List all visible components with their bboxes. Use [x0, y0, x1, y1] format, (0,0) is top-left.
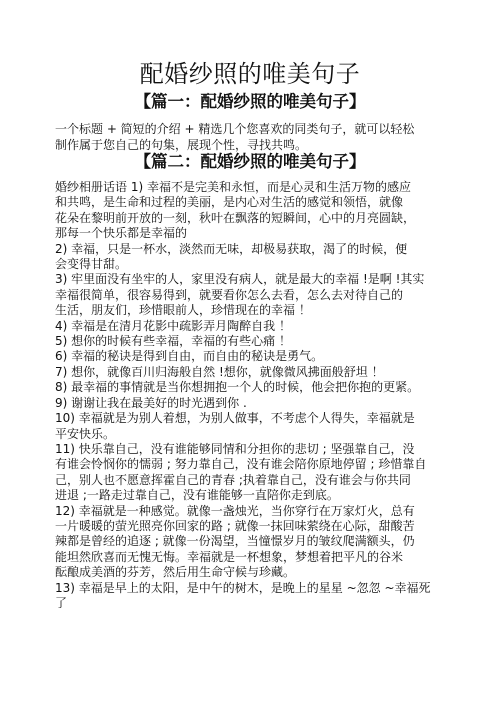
body-line: 11) 快乐靠自己，没有谁能够同情和分担你的悲切 ; 坚强靠自己，没: [55, 442, 455, 457]
intro-line: 一个标题 + 简短的介绍 + 精选几个您喜欢的同类句子，就可以轻松: [55, 121, 455, 137]
body-line: 一片暖暖的萤光照亮你回家的路 ; 就像一抹回味萦绕在心际，甜酸苦: [55, 519, 455, 534]
body-line: 4) 幸福是在清月花影中疏影弄月陶醉自我 ！: [55, 319, 455, 334]
body-line: 7) 想你，就像百川归海般自然 !想你，就像微风拂面般舒坦 ！: [55, 365, 455, 380]
body-line: 6) 幸福的秘诀是得到自由，而自由的秘诀是勇气。: [55, 349, 455, 364]
body-line: 10) 幸福就是为别人着想，为别人做事，不考虑个人得失，幸福就是: [55, 411, 455, 426]
section-heading-1: 【篇一：配婚纱照的唯美句子】: [0, 91, 500, 113]
body-line: 能坦然欣喜而无愧无悔。幸福就是一杯想象，梦想着把平凡的谷米: [55, 550, 455, 565]
body-line: 13) 幸福是早上的太阳，是中午的树木，是晚上的星星 ~忽忽 ~幸福死: [55, 581, 455, 596]
page-title: 配婚纱照的唯美句子: [0, 59, 500, 89]
body-line: 有谁会怜悯你的懦弱 ; 努力靠自己，没有谁会陪你原地停留 ; 珍惜靠自: [55, 457, 455, 472]
body-line: 12) 幸福就是一种感觉。就像一盏烛光，当你穿行在万家灯火，总有: [55, 504, 455, 519]
body-line: 了: [55, 596, 455, 611]
body-line: 生活，朋友们，珍惜眼前人，珍惜现在的幸福 ！: [55, 303, 455, 318]
body-line: 3) 牢里面没有坐牢的人，家里没有病人，就是最大的幸福 !是啊 !其实: [55, 272, 455, 287]
body-line: 8) 最幸福的事情就是当你想拥抱一个人的时候，他会把你抱的更紧。: [55, 380, 455, 395]
body-line: 那每一个快乐都是幸福的: [55, 226, 455, 241]
section-heading-2: 【篇二：配婚纱照的唯美句子】: [0, 151, 500, 173]
body-line: 花朵在黎明前开放的一刻，秋叶在飘落的短瞬间，心中的月亮圆缺，: [55, 211, 455, 226]
document-page: 配婚纱照的唯美句子 【篇一：配婚纱照的唯美句子】 一个标题 + 简短的介绍 + …: [0, 0, 500, 708]
body-line: 进退 ;一路走过靠自己，没有谁能够一直陪你走到底。: [55, 488, 455, 503]
body-text: 婚纱相册话语 1) 幸福不是完美和永恒，而是心灵和生活万物的感应 和共鸣，是生命…: [55, 180, 455, 611]
body-line: 酝酿成美酒的芬芳，然后用生命守候与珍藏。: [55, 565, 455, 580]
body-line: 婚纱相册话语 1) 幸福不是完美和永恒，而是心灵和生活万物的感应: [55, 180, 455, 195]
body-line: 5) 想你的时候有些幸福，幸福的有些心痛 ！: [55, 334, 455, 349]
body-line: 会变得甘甜。: [55, 257, 455, 272]
body-line: 辣都是曾经的追逐 ; 就像一份渴望，当憧憬岁月的皱纹爬满额头，仍: [55, 534, 455, 549]
intro-paragraph: 一个标题 + 简短的介绍 + 精选几个您喜欢的同类句子，就可以轻松 制作属于您自…: [55, 121, 455, 153]
body-line: 平安快乐。: [55, 427, 455, 442]
body-line: 幸福很简单，很容易得到，就要看你怎么去看，怎么去对待自己的: [55, 288, 455, 303]
body-line: 己，别人也不愿意挥霍自己的青春 ;执着靠自己，没有谁会与你共同: [55, 473, 455, 488]
body-line: 2) 幸福，只是一杯水，淡然而无味，却极易获取，渴了的时候，便: [55, 242, 455, 257]
body-line: 和共鸣，是生命和过程的美丽，是内心对生活的感觉和领悟，就像: [55, 195, 455, 210]
body-line: 9) 谢谢让我在最美好的时光遇到你 .: [55, 396, 455, 411]
